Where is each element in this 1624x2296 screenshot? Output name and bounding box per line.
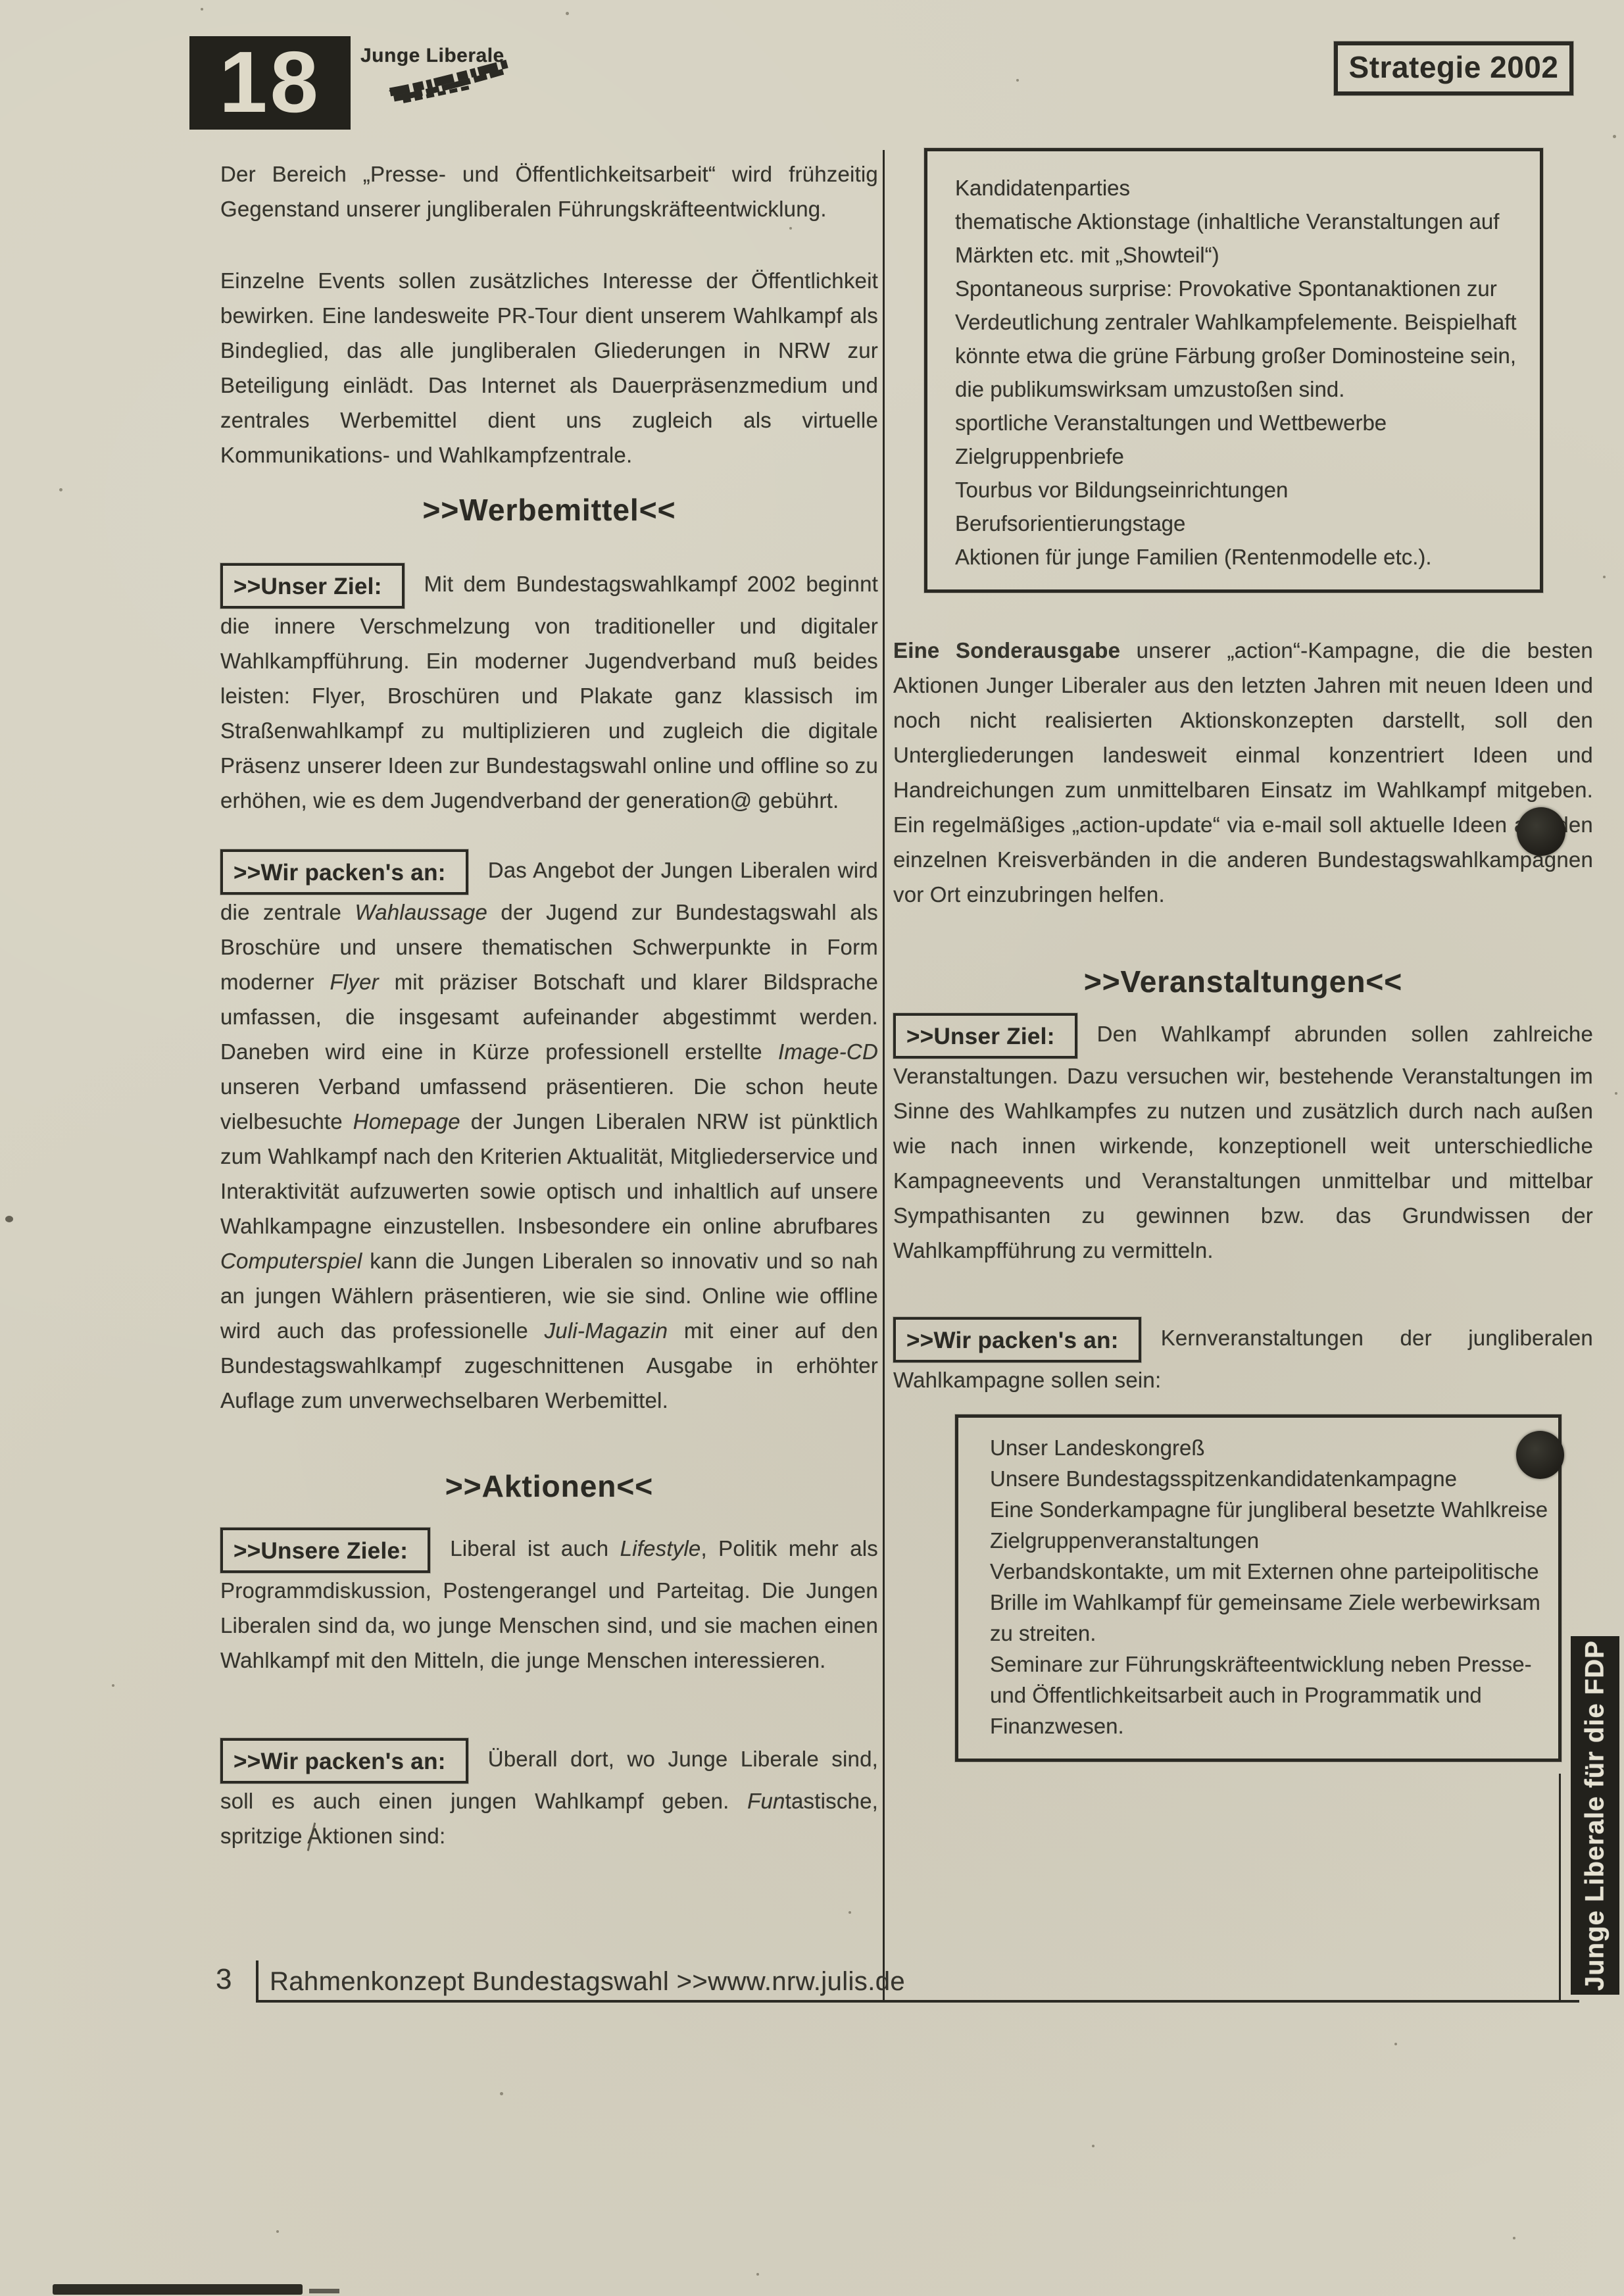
section-unser-ziel-right: >>Unser Ziel:Den Wahlkampf abrunden soll… <box>893 1013 1593 1268</box>
section-wir-packens-1: >>Wir packen's an:Das Angebot der Jungen… <box>220 849 878 1418</box>
scanned-document-page: 18 Junge Liberale Strategie 2002 Der Ber… <box>0 0 1624 2296</box>
paragraph-sonderausgabe: Eine Sonderausgabe unserer „action“-Kamp… <box>893 633 1593 912</box>
footer-rule <box>256 2000 1579 2003</box>
label-box-unser-ziel: >>Unser Ziel: <box>220 563 405 609</box>
list-item: Eine Sonderkampagne für jungliberal bese… <box>990 1494 1549 1525</box>
list-item: Zielgruppenveranstaltungen <box>990 1525 1549 1556</box>
paragraph-events: Einzelne Events sollen zusätzliches Inte… <box>220 263 878 472</box>
list-item: Berufsorientierungstage <box>955 507 1528 540</box>
punch-hole-top <box>1517 807 1565 856</box>
list-item: sportliche Veranstaltungen und Wettbewer… <box>955 406 1528 439</box>
list-item: thematische Aktionstage (inhaltliche Ver… <box>955 205 1528 272</box>
label-box-unsere-ziele: >>Unsere Ziele: <box>220 1528 430 1573</box>
heading-veranstaltungen: >>Veranstaltungen<< <box>893 964 1593 999</box>
section-wir-packens-right: >>Wir packen's an:Kernveranstaltungen de… <box>893 1317 1593 1397</box>
list-item: Aktionen für junge Familien (Rentenmodel… <box>955 540 1528 574</box>
badge-number: 18 <box>219 34 321 130</box>
list-item: Verbandskontakte, um mit Externen ohne p… <box>990 1556 1549 1649</box>
section-unsere-ziele: >>Unsere Ziele:Liberal ist auch Lifestyl… <box>220 1528 878 1678</box>
footer-text: Rahmenkonzept Bundestagswahl >>www.nrw.j… <box>270 1967 905 1997</box>
core-events-box: Unser LandeskongreßUnsere Bundestagsspit… <box>955 1414 1562 1762</box>
section-wir-packens-2: >>Wir packen's an:Überall dort, wo Junge… <box>220 1738 878 1853</box>
side-banner-text: Junge Liberale für die FDP <box>1581 1640 1610 1991</box>
footer-separator-bar <box>256 1960 258 2001</box>
list-item: Seminare zur Führungskräfteentwicklung n… <box>990 1649 1549 1741</box>
page-number-badge: 18 <box>189 36 351 130</box>
strategy-label-box: Strategie 2002 <box>1334 41 1573 95</box>
list-item: Zielgruppenbriefe <box>955 439 1528 473</box>
footer-page-number: 3 <box>216 1963 232 1996</box>
right-edge-rule <box>1559 1774 1561 2000</box>
list-item: Tourbus vor Bildungseinrichtungen <box>955 473 1528 507</box>
list-item: Kandidatenparties <box>955 171 1528 205</box>
action-ideas-box: Kandidatenpartiesthematische Aktionstage… <box>924 148 1543 593</box>
heading-werbemittel: >>Werbemittel<< <box>220 492 878 528</box>
label-box-wir-packens-right: >>Wir packen's an: <box>893 1317 1141 1362</box>
swoosh-arrow-icon <box>385 58 523 104</box>
label-box-wir-packens-2: >>Wir packen's an: <box>220 1738 468 1784</box>
scan-edge-artifact-2 <box>309 2289 339 2293</box>
heading-aktionen: >>Aktionen<< <box>220 1468 878 1504</box>
section-text: Mit dem Bundestagswahlkampf 2002 beginnt… <box>220 572 878 812</box>
scan-edge-artifact <box>53 2284 303 2295</box>
list-item: Spontaneous surprise: Provokative Sponta… <box>955 272 1528 406</box>
section-text: Den Wahlkampf abrunden sollen zahlreiche… <box>893 1022 1593 1262</box>
label-box-unser-ziel-right: >>Unser Ziel: <box>893 1013 1077 1059</box>
paragraph-presse: Der Bereich „Presse- und Öffentlichkeits… <box>220 157 878 226</box>
strategy-label: Strategie 2002 <box>1349 50 1559 84</box>
label-box-wir-packens: >>Wir packen's an: <box>220 849 468 895</box>
section-text: Das Angebot der Jungen Liberalen wird di… <box>220 858 878 1412</box>
list-item: Unsere Bundestagsspitzenkandidatenkampag… <box>990 1463 1549 1494</box>
section-unser-ziel: >>Unser Ziel:Mit dem Bundestagswahlkampf… <box>220 563 878 818</box>
column-divider-rule <box>883 150 885 2000</box>
punch-hole-bottom <box>1516 1431 1564 1479</box>
list-item: Unser Landeskongreß <box>990 1432 1549 1463</box>
margin-spot-artifact <box>5 1216 13 1222</box>
side-banner: Junge Liberale für die FDP <box>1571 1636 1619 1995</box>
